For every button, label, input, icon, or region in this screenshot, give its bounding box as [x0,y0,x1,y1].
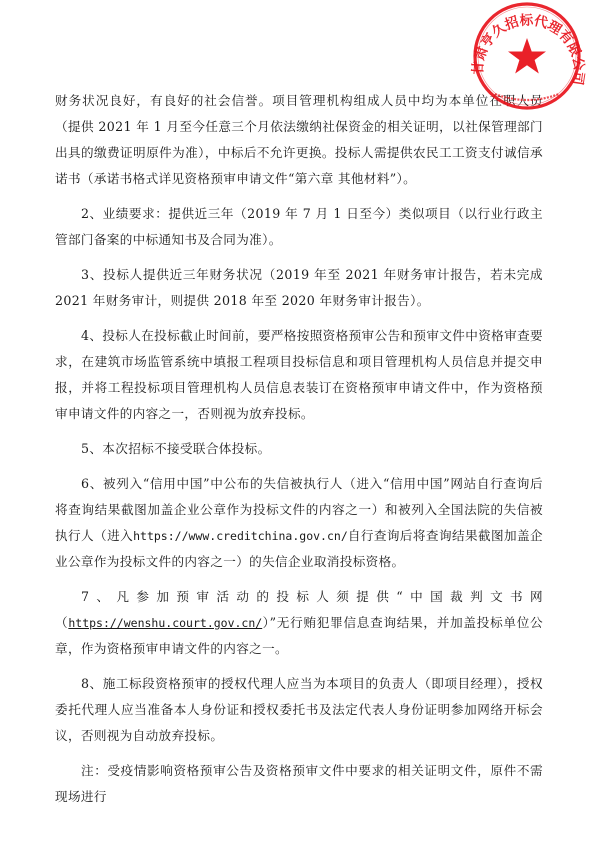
paragraph-performance-requirement: 2、业绩要求：提供近三年（2019 年 7 月 1 日至今）类似项目（以行业行政… [55,201,543,253]
paragraph-qualification-continued: 财务状况良好，有良好的社会信誉。项目管理机构组成人员中均为本单位在职人员（提供 … [55,88,543,192]
star-icon [508,38,546,74]
paragraph-financial-status: 3、投标人提供近三年财务状况（2019 年至 2021 年财务审计报告，若未完成… [55,262,543,314]
document-page: 财务状况良好，有良好的社会信誉。项目管理机构组成人员中均为本单位在职人员（提供 … [55,88,543,819]
svg-text:甘肃亨久招标代理有限公司: 甘肃亨久招标代理有限公司 [470,11,588,86]
wenshu-court-link[interactable]: https://wenshu.court.gov.cn/ [68,616,262,630]
paragraph-system-registration: 4、投标人在投标截止时间前，要严格按照资格预审公告和预审文件中资格审查要求，在建… [55,323,543,427]
stamp-company-name: 甘肃亨久招标代理有限公司 [470,11,588,86]
paragraph-note-epidemic: 注：受疫情影响资格预审公告及资格预审文件中要求的相关证明文件，原件不需现场进行 [55,758,543,810]
creditchina-url: https://www.creditchina.gov.cn/ [133,529,348,543]
paragraph-bribery-record: 7、凡参加预审活动的投标人须提供“中国裁判文书网（https://wenshu.… [55,584,543,662]
paragraph-credit-blacklist: 6、被列入“信用中国”中公布的失信被执行人（进入“信用中国”网站自行查询后将查询… [55,471,543,575]
paragraph-no-consortium: 5、本次招标不接受联合体投标。 [55,436,543,462]
paragraph-authorized-agent: 8、施工标段资格预审的授权代理人应当为本项目的负责人（即项目经理），授权委托代理… [55,671,543,749]
